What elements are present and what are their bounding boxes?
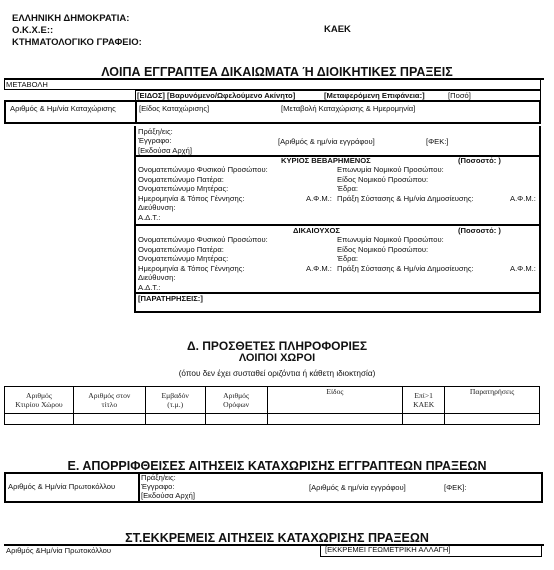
- field-label: Ημερομηνία & Τόπος Γέννησης:: [138, 194, 245, 204]
- field-label: Ονοματεπώνυμο Πατέρα:: [138, 175, 224, 185]
- col-header-multi-kaek: Επί>1ΚΑΕΚ: [403, 387, 445, 414]
- section-d-subtitle: ΛΟΙΠΟΙ ΧΩΡΟΙ: [0, 352, 554, 364]
- table-cell[interactable]: [267, 414, 403, 425]
- section-d-note: (όπου δεν έχει συσταθεί οριζόντια ή κάθε…: [0, 369, 554, 378]
- party-percent: (Ποσοστό: ): [458, 226, 501, 236]
- field-label: Ονοματεπώνυμο Μητέρας:: [138, 254, 228, 264]
- col-header-type: Είδος: [267, 387, 403, 414]
- afm-label: Α.Φ.Μ.:: [306, 194, 332, 204]
- table-cell[interactable]: [73, 414, 145, 425]
- col-header-building: ΑριθμόςΚτιρίου Χώρου: [5, 387, 74, 414]
- col-header-notes: Παρατηρήσεις: [445, 387, 540, 414]
- metavoli-kataxorisis: [Μεταβολή Καταχώρισης & Ημερομηνία]: [281, 104, 415, 114]
- metavoli-label: ΜΕΤΑΒΟΛΗ: [6, 80, 48, 90]
- arithmos-eggrafou: [Αριθμός & ημ/νία εγγράφου]: [278, 137, 375, 147]
- divider: [138, 473, 140, 501]
- afm-label: Α.Φ.Μ.:: [510, 194, 536, 204]
- kaek-label: ΚΑΕΚ: [324, 24, 351, 36]
- field-label: Έδρα:: [337, 184, 358, 194]
- field-label: Διεύθυνση:: [138, 203, 176, 213]
- field-label: Έδρα:: [337, 254, 358, 264]
- field-label: Είδος Νομικού Προσώπου:: [337, 175, 428, 185]
- col-header-floors: ΑριθμόςΟρόφων: [205, 387, 267, 414]
- field-label: Ονοματεπώνυμο Φυσικού Προσώπου:: [138, 235, 268, 245]
- ekdousa-arxi: [Εκδούσα Αρχή]: [141, 491, 195, 501]
- section-d-title: Δ. ΠΡΟΣΘΕΤΕΣ ΠΛΗΡΟΦΟΡΙΕΣ: [0, 339, 554, 353]
- registration-row: Αριθμός & Ημ/νία Καταχώρισης [Είδος Κατα…: [4, 100, 541, 124]
- pending-status: [ΕΚΚΡΕΜΕΙ ΓΕΩΜΕΤΡΙΚΗ ΑΛΛΑΓΗ]: [325, 545, 450, 555]
- table-row: [5, 414, 540, 425]
- protocol-label: Αριθμός & Ημ/νία Πρωτοκόλλου: [8, 482, 115, 492]
- header-line-republic: ΕΛΛΗΝΙΚΗ ΔΗΜΟΚΡΑΤΙΑ:: [12, 13, 142, 25]
- section-st-title: ΣΤ.ΕΚΚΡΕΜΕΙΣ ΑΙΤΗΣΕΙΣ ΚΑΤΑΧΩΡΙΣΗΣ ΠΡΑΞΕΩ…: [0, 531, 554, 545]
- field-label: Ονοματεπώνυμο Φυσικού Προσώπου:: [138, 165, 268, 175]
- eidos-kataxorisis: [Είδος Καταχώρισης]: [139, 104, 209, 114]
- party-percent: (Ποσοστό: ): [458, 156, 501, 166]
- protocol-label: Αριθμός &Ημ/νία Πρωτοκόλλου: [6, 546, 111, 556]
- table-cell[interactable]: [445, 414, 540, 425]
- afm-label: Α.Φ.Μ.:: [306, 264, 332, 274]
- field-label: Διεύθυνση:: [138, 273, 176, 283]
- eggrafo-label: Έγγραφο:: [138, 136, 172, 146]
- header-line-okxe: Ο.Κ.Χ.Ε::: [12, 25, 142, 37]
- field-label: Είδος Νομικού Προσώπου:: [337, 245, 428, 255]
- field-label: Α.Δ.Τ.:: [138, 283, 160, 293]
- field-label: Α.Δ.Τ.:: [138, 213, 160, 223]
- pending-status-box: [ΕΚΚΡΕΜΕΙ ΓΕΩΜΕΤΡΙΚΗ ΑΛΛΑΓΗ]: [320, 545, 542, 557]
- divider: [135, 101, 137, 123]
- table-cell[interactable]: [145, 414, 205, 425]
- metavoli-row: ΜΕΤΑΒΟΛΗ: [4, 79, 541, 90]
- section-e-title: Ε. ΑΠΟΡΡΙΦΘΕΙΣΕΣ ΑΙΤΗΣΕΙΣ ΚΑΤΑΧΩΡΙΣΗΣ ΕΓ…: [0, 459, 554, 473]
- col-header-area: Εμβαδόν(τ.μ.): [145, 387, 205, 414]
- doc-header: ΕΛΛΗΝΙΚΗ ΔΗΜΟΚΡΑΤΙΑ: Ο.Κ.Χ.Ε:: ΚΤΗΜΑΤΟΛΟ…: [12, 13, 142, 49]
- spaces-table: ΑριθμόςΚτιρίου Χώρου Αριθμός στοντίτλο Ε…: [4, 386, 540, 425]
- registration-label: Αριθμός & Ημ/νία Καταχώρισης: [10, 104, 116, 114]
- fek-label: [ΦΕΚ]:: [444, 483, 467, 493]
- table-cell[interactable]: [5, 414, 74, 425]
- main-section-title: ΛΟΙΠΑ ΕΓΓΡΑΠΤΕΑ ΔΙΚΑΙΩΜΑΤΑ Ή ΔΙΟΙΚΗΤΙΚΕΣ…: [0, 65, 554, 79]
- paratiriseis-label: [ΠΑΡΑΤΗΡΗΣΕΙΣ:]: [138, 294, 203, 304]
- party-dikaiouxos: ΔΙΚΑΙΟΥΧΟΣ (Ποσοστό: ) Ονοματεπώνυμο Φυσ…: [136, 226, 539, 298]
- table-cell[interactable]: [403, 414, 445, 425]
- field-label: Ονοματεπώνυμο Πατέρα:: [138, 245, 224, 255]
- table-header-row: ΑριθμόςΚτιρίου Χώρου Αριθμός στοντίτλο Ε…: [5, 387, 540, 414]
- field-label: Ονοματεπώνυμο Μητέρας:: [138, 184, 228, 194]
- header-line-office: ΚΤΗΜΑΤΟΛΟΓΙΚΟ ΓΡΑΦΕΙΟ:: [12, 37, 142, 49]
- field-label: Πράξη Σύστασης & Ημ/νία Δημοσίευσης:: [337, 264, 474, 274]
- party-kyrios: ΚΥΡΙΟΣ ΒΕΒΑΡΗΜΕΝΟΣ (Ποσοστό: ) Ονοματεπώ…: [136, 156, 539, 228]
- field-label: Ημερομηνία & Τόπος Γέννησης:: [138, 264, 245, 274]
- details-block: Πράξη/εις: Έγγραφο: [Αριθμός & ημ/νία εγ…: [134, 126, 541, 313]
- arithmos-eggrafou: [Αριθμός & ημ/νία εγγράφου]: [309, 483, 406, 493]
- rejected-row: Αριθμός & Ημ/νία Πρωτοκόλλου Πράξη/εις: …: [4, 473, 543, 503]
- party-title: ΔΙΚΑΙΟΥΧΟΣ: [293, 226, 340, 236]
- table-cell[interactable]: [205, 414, 267, 425]
- field-label: Πράξη Σύστασης & Ημ/νία Δημοσίευσης:: [337, 194, 474, 204]
- field-label: Επωνυμία Νομικού Προσώπου:: [337, 165, 444, 175]
- field-label: Επωνυμία Νομικού Προσώπου:: [337, 235, 444, 245]
- col-header-title-number: Αριθμός στοντίτλο: [73, 387, 145, 414]
- fek-label: [ΦΕΚ:]: [426, 137, 449, 147]
- afm-label: Α.Φ.Μ.:: [510, 264, 536, 274]
